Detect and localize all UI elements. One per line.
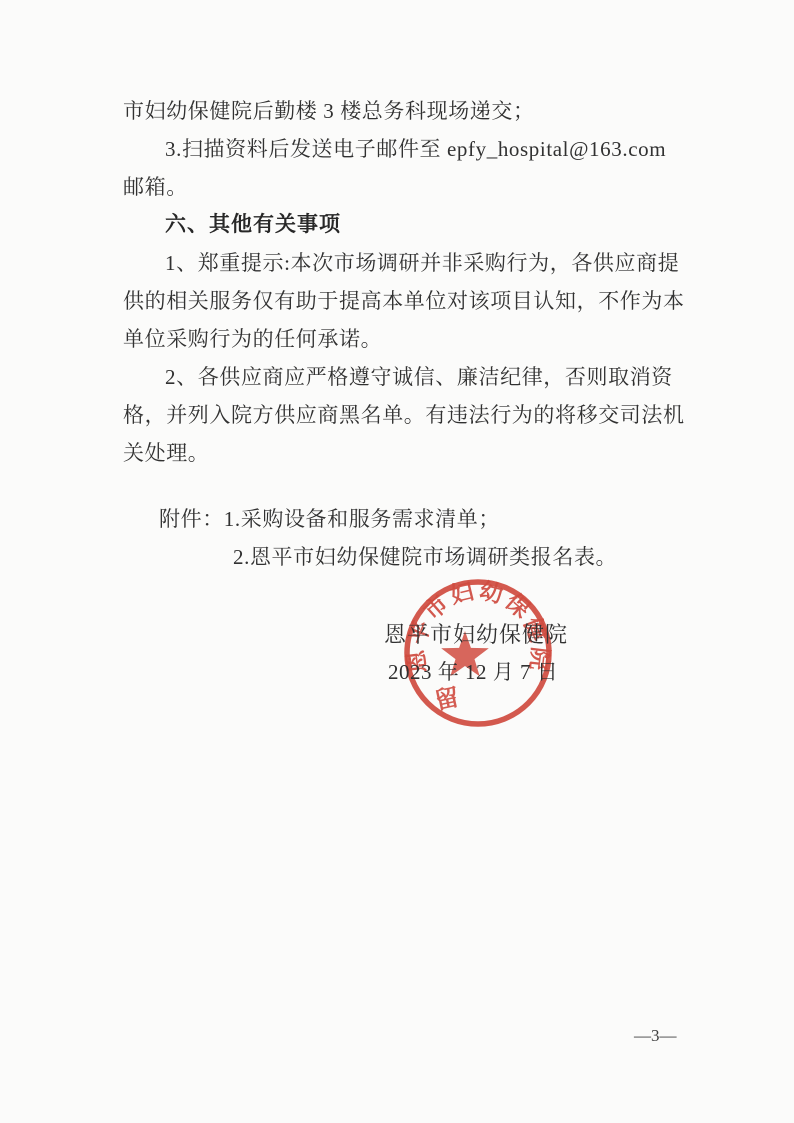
body-line: 3.扫描资料后发送电子邮件至 epfy_hospital@163.com — [123, 130, 683, 168]
body-line: 关处理。 — [123, 434, 683, 472]
body-line: 供的相关服务仅有助于提高本单位对该项目认知，不作为本 — [123, 282, 683, 320]
body-line: 市妇幼保健院后勤楼 3 楼总务科现场递交； — [123, 92, 683, 130]
body-line: 1、郑重提示:本次市场调研并非采购行为，各供应商提 — [123, 244, 683, 282]
official-seal: 恩平市妇幼保健院 留 — [376, 551, 581, 756]
attachment-line: 附件：1.采购设备和服务需求清单； — [123, 500, 683, 538]
body-line: 2、各供应商应严格遵守诚信、廉洁纪律，否则取消资 — [123, 358, 683, 396]
body-line: 格，并列入院方供应商黑名单。有违法行为的将移交司法机 — [123, 396, 683, 434]
page-number: —3— — [634, 1026, 677, 1046]
document-page: 市妇幼保健院后勤楼 3 楼总务科现场递交； 3.扫描资料后发送电子邮件至 epf… — [0, 0, 794, 1123]
body-text-block: 市妇幼保健院后勤楼 3 楼总务科现场递交； 3.扫描资料后发送电子邮件至 epf… — [123, 92, 683, 472]
seal-bottom-text: 留 — [432, 683, 461, 715]
section-heading: 六、其他有关事项 — [123, 206, 683, 244]
signature-date: 2023 年 12 月 7 日 — [388, 656, 558, 686]
body-line: 邮箱。 — [123, 168, 683, 206]
signature-org: 恩平市妇幼保健院 — [384, 618, 568, 649]
body-line: 单位采购行为的任何承诺。 — [123, 320, 683, 358]
